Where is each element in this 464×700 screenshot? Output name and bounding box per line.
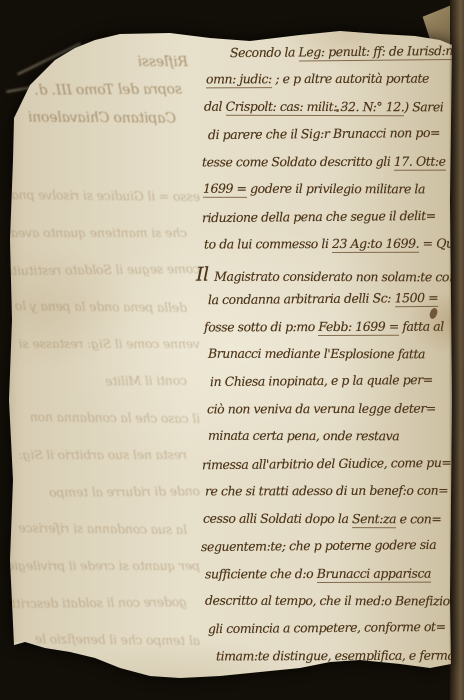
manuscript-line: seguentem:te; che p poterne godere sia <box>201 537 436 554</box>
text-segment: fatta al <box>399 318 444 333</box>
page-wrap: Riflessisopra del Tomo III. d.Capitano C… <box>0 0 464 700</box>
manuscript-line: sufficiente che d:o Brunacci apparisca <box>205 565 431 581</box>
text-segment: rimessa all'arbitrio del Giudice, come p… <box>202 455 452 472</box>
underlined-phrase: 23 Ag:to 1699. <box>332 236 419 253</box>
text-segment: = Quindi <box>419 236 464 251</box>
text-segment: tesse come Soldato descritto gli <box>202 154 394 170</box>
text-segment: in Chiesa inopinata, e p la quale per= <box>210 372 433 389</box>
manuscript-line: timam:te distingue, esemplifica, e ferma <box>216 647 454 663</box>
underlined-phrase: 1699 = <box>203 181 247 198</box>
text-segment: Brunacci mediante l'Esplosione fatta <box>208 346 425 362</box>
underlined-phrase: Crispolt: cas: milit: 32. N:° 12. <box>226 99 405 116</box>
text-segment: godere il privilegio militare la <box>247 181 425 196</box>
underlined-phrase: Leg: penult: ff: de Iurisd:ne <box>298 43 460 62</box>
manuscript-page: Riflessisopra del Tomo III. d.Capitano C… <box>0 0 464 700</box>
text-segment: Magistrato considerato non solam:te come <box>214 268 464 284</box>
manuscript-line: rimessa all'arbitrio del Giudice, come p… <box>202 455 452 472</box>
manuscript-line: fosse sotto di p:mo Febb: 1699 = fatta a… <box>204 318 444 334</box>
text-segment: timam:te distingue, esemplifica, e ferma <box>216 647 454 663</box>
manuscript-line: omn: judic: ; e p altre autorità portate <box>206 71 429 87</box>
text-segment: Secondo la <box>230 44 299 60</box>
manuscript-line: la condanna arbitraria delli Sc: 1500 = <box>208 290 438 307</box>
manuscript-line: ciò non veniva da veruna legge deter= <box>207 400 436 416</box>
photo-backdrop: Riflessisopra del Tomo III. d.Capitano C… <box>0 0 464 700</box>
underlined-phrase: Sent:za <box>352 511 396 528</box>
text-segment: minata certa pena, onde restava <box>208 428 399 444</box>
manuscript-line: in Chiesa inopinata, e p la quale per= <box>210 372 433 389</box>
manuscript-line: Secondo la Leg: penult: ff: de Iurisd:ne <box>230 43 460 60</box>
manuscript-line: dal Crispolt: cas: milit: 32. N:° 12.) S… <box>204 99 443 115</box>
underlined-phrase: omn: judic: <box>206 72 272 89</box>
text-segment: cesso alli Soldati dopo la <box>203 510 352 525</box>
text-segment: ; e p altre autorità portate <box>272 71 429 87</box>
text-segment: re che si tratti adesso di un benef:o co… <box>205 483 448 499</box>
manuscript-line: Brunacci mediante l'Esplosione fatta <box>208 346 425 362</box>
manuscript-line: re che si tratti adesso di un benef:o co… <box>205 483 448 499</box>
deckled-edge-highlight <box>10 661 31 673</box>
text-segment: Il <box>196 263 214 285</box>
manuscript-line: tesse come Soldato descritto gli 17. Ott… <box>202 153 446 169</box>
text-segment: gli comincia a competere, conforme ot= <box>208 619 446 636</box>
manuscript-line: to da lui commesso li 23 Ag:to 1699. = Q… <box>204 236 464 252</box>
underlined-phrase: 17. Ott:e <box>394 153 446 170</box>
manuscript-line: di parere che il Sig:r Brunacci non po= <box>208 125 440 142</box>
text-segment: la condanna arbitraria delli Sc: <box>208 290 395 307</box>
underlined-phrase: Brunacci apparisca <box>317 565 431 582</box>
text-segment: ) Sarei <box>404 99 443 114</box>
manuscript-line: minata certa pena, onde restava <box>208 428 399 444</box>
text-segment: to da lui commesso li <box>204 236 332 251</box>
manuscript-line: gli comincia a competere, conforme ot= <box>208 619 446 636</box>
text-segment: di parere che il Sig:r Brunacci non po= <box>208 125 440 142</box>
recto-handwriting: Secondo la Leg: penult: ff: de Iurisd:ne… <box>0 0 464 700</box>
text-segment: riduzione della pena che segue il delit= <box>202 208 436 225</box>
manuscript-line: Il Magistrato considerato non solam:te c… <box>196 263 464 286</box>
manuscript-line: 1699 = godere il privilegio militare la <box>203 181 425 197</box>
text-segment: dal <box>204 99 226 114</box>
underlined-phrase: Febb: 1699 = <box>318 318 398 335</box>
manuscript-line: cesso alli Soldati dopo la Sent:za e con… <box>203 510 441 526</box>
text-segment: sufficiente che d:o <box>205 566 317 581</box>
deckled-edge-highlight <box>3 642 31 661</box>
underlined-phrase: 1500 = <box>394 290 438 307</box>
manuscript-line: descritto al tempo, che il med:o Benefiz… <box>205 593 450 609</box>
text-segment: fosse sotto di p:mo <box>204 319 318 334</box>
text-segment: descritto al tempo, che il med:o Benefiz… <box>205 593 450 609</box>
manuscript-line: riduzione della pena che segue il delit= <box>202 208 436 225</box>
text-segment: e con= <box>396 511 441 526</box>
text-segment: ciò non veniva da veruna legge deter= <box>207 400 436 416</box>
text-segment: seguentem:te; che p poterne godere sia <box>201 537 436 554</box>
